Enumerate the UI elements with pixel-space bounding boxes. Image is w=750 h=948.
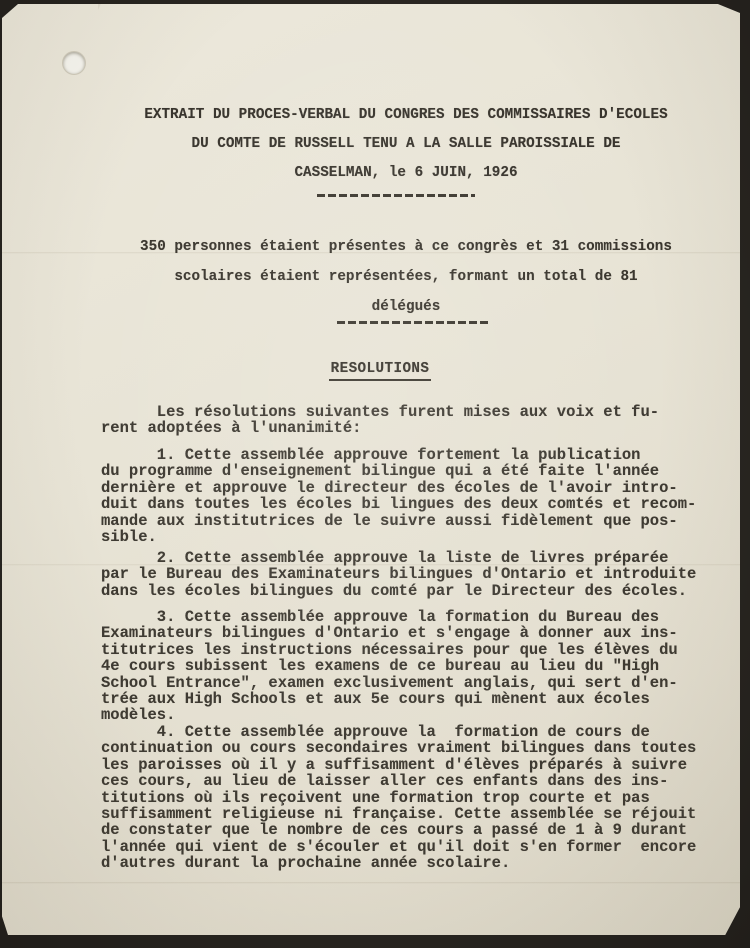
text-line: 3. Cette assemblée approuve la formation… bbox=[101, 609, 731, 625]
text-line: suffisamment religieuse ni française. Ce… bbox=[101, 806, 731, 822]
text-line: scolaires étaient représentées, formant … bbox=[37, 262, 750, 292]
text-line: Examinateurs bilingues d'Ontario et s'en… bbox=[101, 625, 731, 641]
text-line: rent adoptées à l'unanimité: bbox=[101, 420, 731, 436]
document-title: EXTRAIT DU PROCES-VERBAL DU CONGRES DES … bbox=[37, 101, 750, 188]
title-line: DU COMTE DE RUSSELL TENU A LA SALLE PARO… bbox=[37, 130, 750, 159]
resolution-paragraph-3: 3. Cette assemblée approuve la formation… bbox=[101, 609, 731, 724]
text-line: mande aux institutrices de le suivre aus… bbox=[101, 513, 731, 529]
attendance-dashed-rule bbox=[337, 321, 491, 324]
text-line: continuation ou cours secondaires vraime… bbox=[101, 740, 731, 756]
text-line: titutions où ils reçoivent une formation… bbox=[101, 790, 731, 806]
resolutions-preamble: Les résolutions suivantes furent mises a… bbox=[101, 404, 731, 437]
document-page: EXTRAIT DU PROCES-VERBAL DU CONGRES DES … bbox=[2, 4, 740, 935]
text-line: de constater que le nombre de ces cours … bbox=[101, 822, 731, 838]
text-line: duit dans toutes les écoles bi lingues d… bbox=[101, 496, 731, 512]
section-heading: RESOLUTIONS bbox=[329, 361, 432, 381]
text-line: 1. Cette assemblée approuve fortement la… bbox=[101, 447, 731, 463]
section-heading-wrap: RESOLUTIONS bbox=[20, 359, 740, 381]
text-line: School Entrance", examen exclusivement a… bbox=[101, 675, 731, 691]
text-line: dernière et approuve le directeur des éc… bbox=[101, 480, 731, 496]
photo-backdrop: EXTRAIT DU PROCES-VERBAL DU CONGRES DES … bbox=[0, 0, 750, 948]
title-line: EXTRAIT DU PROCES-VERBAL DU CONGRES DES … bbox=[37, 101, 750, 130]
text-line: ces cours, au lieu de laisser aller ces … bbox=[101, 773, 731, 789]
text-line: d'autres durant la prochaine année scola… bbox=[101, 855, 731, 871]
text-line: 350 personnes étaient présentes à ce con… bbox=[37, 232, 750, 262]
text-line: Les résolutions suivantes furent mises a… bbox=[101, 404, 731, 420]
resolution-paragraph-1: 1. Cette assemblée approuve fortement la… bbox=[101, 447, 731, 545]
resolution-paragraph-4: 4. Cette assemblée approuve la formation… bbox=[101, 724, 731, 872]
text-line: l'année qui vient de s'écouler et qu'il … bbox=[101, 839, 731, 855]
title-line: CASSELMAN, le 6 JUIN, 1926 bbox=[37, 159, 750, 188]
text-line: 2. Cette assemblée approuve la liste de … bbox=[101, 550, 731, 566]
text-line: délégués bbox=[37, 292, 750, 322]
title-dashed-rule bbox=[317, 194, 475, 197]
text-line: trée aux High Schools et aux 5e cours qu… bbox=[101, 691, 731, 707]
text-line: dans les écoles bilingues du comté par l… bbox=[101, 583, 731, 599]
text-line: 4. Cette assemblée approuve la formation… bbox=[101, 724, 731, 740]
text-line: modèles. bbox=[101, 707, 731, 723]
attendance-paragraph: 350 personnes étaient présentes à ce con… bbox=[37, 232, 750, 322]
text-line: titutrices les instructions nécessaires … bbox=[101, 642, 731, 658]
text-line: du programme d'enseignement bilingue qui… bbox=[101, 463, 731, 479]
resolution-paragraph-2: 2. Cette assemblée approuve la liste de … bbox=[101, 550, 731, 599]
text-line: 4e cours subissent les examens de ce bur… bbox=[101, 658, 731, 674]
text-line: par le Bureau des Examinateurs bilingues… bbox=[101, 566, 731, 582]
text-line: les paroisses où il y a suffisamment d'é… bbox=[101, 757, 731, 773]
text-line: sible. bbox=[101, 529, 731, 545]
punch-hole bbox=[63, 52, 85, 74]
